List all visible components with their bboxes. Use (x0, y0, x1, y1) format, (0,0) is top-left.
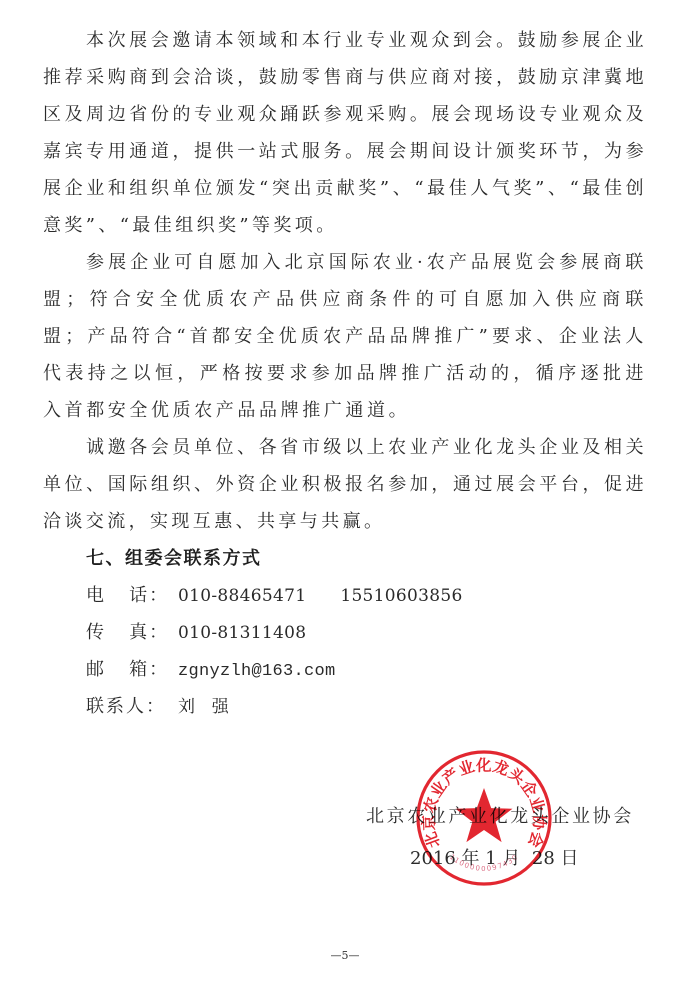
contact-row-email: 邮 箱： zgnyzlh@163.com (86, 651, 647, 688)
contact-person-value: 刘 强 (178, 689, 231, 726)
paragraph-exhibitor-alliance: 参展企业可自愿加入北京国际农业·农产品展览会参展商联盟；符合安全优质农产品供应商… (43, 244, 647, 429)
page-number: —5— (0, 949, 690, 962)
mobile-value: 15510603856 (340, 578, 462, 615)
email-value: zgnyzlh@163.com (178, 653, 336, 690)
official-seal-icon: 北京农业产业化龙头企业协会 1100000097430 (414, 748, 554, 888)
paragraph-exhibition-invitation: 本次展会邀请本领域和本行业专业观众到会。鼓励参展企业推荐采购商到会洽谈，鼓励零售… (43, 22, 647, 244)
paragraph-invitation-closing: 诚邀各会员单位、各省市级以上农业产业化龙头企业及相关单位、国际组织、外资企业积极… (43, 429, 647, 540)
email-label: 邮 箱： (86, 651, 178, 688)
contact-person-label: 联系人： (86, 688, 178, 725)
contact-row-fax: 传 真： 010-81311408 (86, 614, 647, 651)
phone-value: 010-88465471 (178, 578, 306, 615)
section-heading-contact: 七、组委会联系方式 (43, 540, 647, 577)
fax-value: 010-81311408 (178, 615, 306, 652)
contact-list: 电 话： 010-88465471 15510603856 传 真： 010-8… (43, 577, 647, 725)
seal-serial-number: 1100000097430 (448, 853, 520, 873)
contact-row-phone: 电 话： 010-88465471 15510603856 (86, 577, 647, 614)
svg-text:1100000097430: 1100000097430 (448, 853, 520, 873)
body-text: 本次展会邀请本领域和本行业专业观众到会。鼓励参展企业推荐采购商到会洽谈，鼓励零售… (43, 22, 647, 725)
fax-label: 传 真： (86, 614, 178, 651)
phone-label: 电 话： (86, 577, 178, 614)
contact-row-person: 联系人： 刘 强 (86, 688, 647, 725)
document-page: 本次展会邀请本领域和本行业专业观众到会。鼓励参展企业推荐采购商到会洽谈，鼓励零售… (0, 0, 690, 999)
